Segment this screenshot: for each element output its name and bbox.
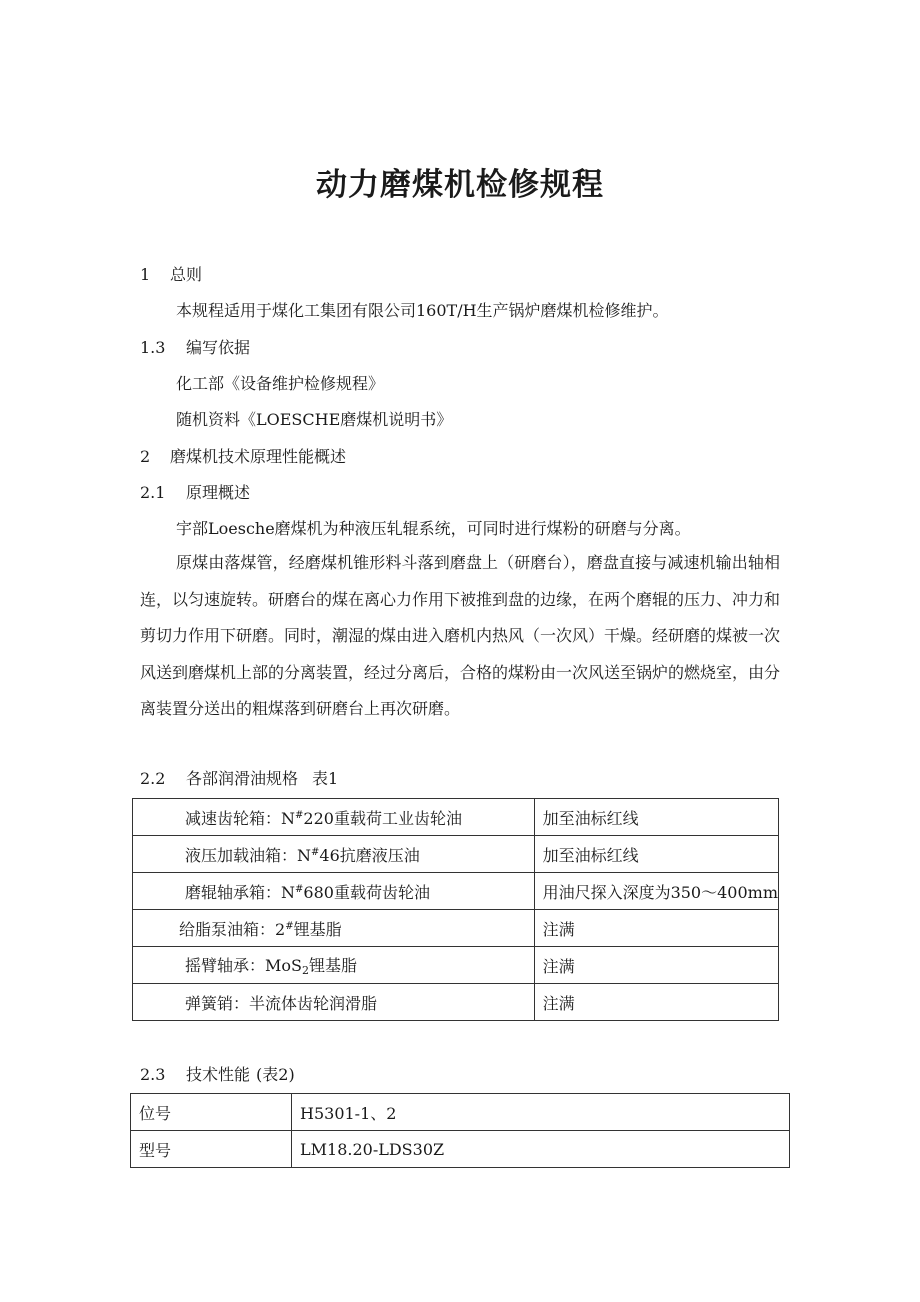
section-2-2-heading: 2.2各部润滑油规格表1 — [140, 767, 338, 791]
table-row: 液压加载油箱：N#46抗磨液压油 加至油标红线 — [133, 836, 779, 873]
table-cell-spec: 加至油标红线 — [534, 799, 778, 836]
section-2-3-heading: 2.3技术性能(表2) — [140, 1063, 295, 1087]
section-number: 2.1 — [140, 481, 186, 505]
table-row: 磨辊轴承箱：N#680重载荷齿轮油 用油尺探入深度为350～400mm — [133, 873, 779, 910]
lubrication-table: 减速齿轮箱：N#220重载荷工业齿轮油 加至油标红线 液压加载油箱：N#46抗磨… — [132, 798, 779, 1021]
table-row: 摇臂轴承：MoS2锂基脂 注满 — [133, 947, 779, 984]
table-cell-spec: 加至油标红线 — [534, 836, 778, 873]
table-cell-value: LM18.20-LDS30Z — [292, 1131, 790, 1168]
table-row: 型号 LM18.20-LDS30Z — [131, 1131, 790, 1168]
section-2-heading: 2磨煤机技术原理性能概述 — [140, 445, 346, 469]
section-number: 2.3 — [140, 1063, 186, 1087]
table-cell-part: 弹簧销：半流体齿轮润滑脂 — [133, 984, 535, 1021]
table-row: 减速齿轮箱：N#220重载荷工业齿轮油 加至油标红线 — [133, 799, 779, 836]
document-page: 动力磨煤机检修规程 1总则 本规程适用于煤化工集团有限公司160T/H生产锅炉磨… — [0, 0, 920, 1302]
table-cell-part: 减速齿轮箱：N#220重载荷工业齿轮油 — [133, 799, 535, 836]
section-number: 2 — [140, 445, 170, 469]
table-cell-part: 给脂泵油箱：2#锂基脂 — [133, 910, 535, 947]
table-label: (表2) — [256, 1065, 295, 1084]
table-row: 位号 H5301-1、2 — [131, 1094, 790, 1131]
section-number: 1.3 — [140, 336, 186, 360]
section-2-1-heading: 2.1原理概述 — [140, 481, 250, 505]
reference-item: 随机资料《LOESCHE磨煤机说明书》 — [176, 408, 452, 432]
table-row: 给脂泵油箱：2#锂基脂 注满 — [133, 910, 779, 947]
technical-performance-table: 位号 H5301-1、2 型号 LM18.20-LDS30Z — [130, 1093, 790, 1168]
section-title: 各部润滑油规格 — [186, 769, 298, 788]
section-title: 磨煤机技术原理性能概述 — [170, 447, 346, 466]
paragraph: 宇部Loesche磨煤机为种液压轧辊系统，可同时进行煤粉的研磨与分离。 — [176, 517, 691, 541]
section-title: 编写依据 — [186, 338, 250, 357]
table-cell-part: 磨辊轴承箱：N#680重载荷齿轮油 — [133, 873, 535, 910]
table-cell-label: 位号 — [131, 1094, 292, 1131]
table-cell-part: 摇臂轴承：MoS2锂基脂 — [133, 947, 535, 984]
section-1-body: 本规程适用于煤化工集团有限公司160T/H生产锅炉磨煤机检修维护。 — [176, 299, 669, 323]
section-title: 原理概述 — [186, 483, 250, 502]
section-number: 1 — [140, 263, 170, 287]
reference-item: 化工部《设备维护检修规程》 — [176, 372, 384, 396]
paragraph: 原煤由落煤管，经磨煤机锥形料斗落到磨盘上（研磨台），磨盘直接与减速机输出轴相连，… — [140, 545, 780, 728]
section-1-heading: 1总则 — [140, 263, 202, 287]
table-cell-spec: 注满 — [534, 984, 778, 1021]
section-title: 总则 — [170, 265, 202, 284]
document-title: 动力磨煤机检修规程 — [0, 160, 920, 210]
table-cell-spec: 用油尺探入深度为350～400mm — [534, 873, 778, 910]
table-row: 弹簧销：半流体齿轮润滑脂 注满 — [133, 984, 779, 1021]
table-cell-part: 液压加载油箱：N#46抗磨液压油 — [133, 836, 535, 873]
table-cell-value: H5301-1、2 — [292, 1094, 790, 1131]
table-label: 表1 — [312, 769, 338, 788]
section-number: 2.2 — [140, 767, 186, 791]
section-title: 技术性能 — [186, 1065, 250, 1084]
section-1-3-heading: 1.3编写依据 — [140, 336, 250, 360]
table-cell-label: 型号 — [131, 1131, 292, 1168]
table-cell-spec: 注满 — [534, 910, 778, 947]
table-cell-spec: 注满 — [534, 947, 778, 984]
